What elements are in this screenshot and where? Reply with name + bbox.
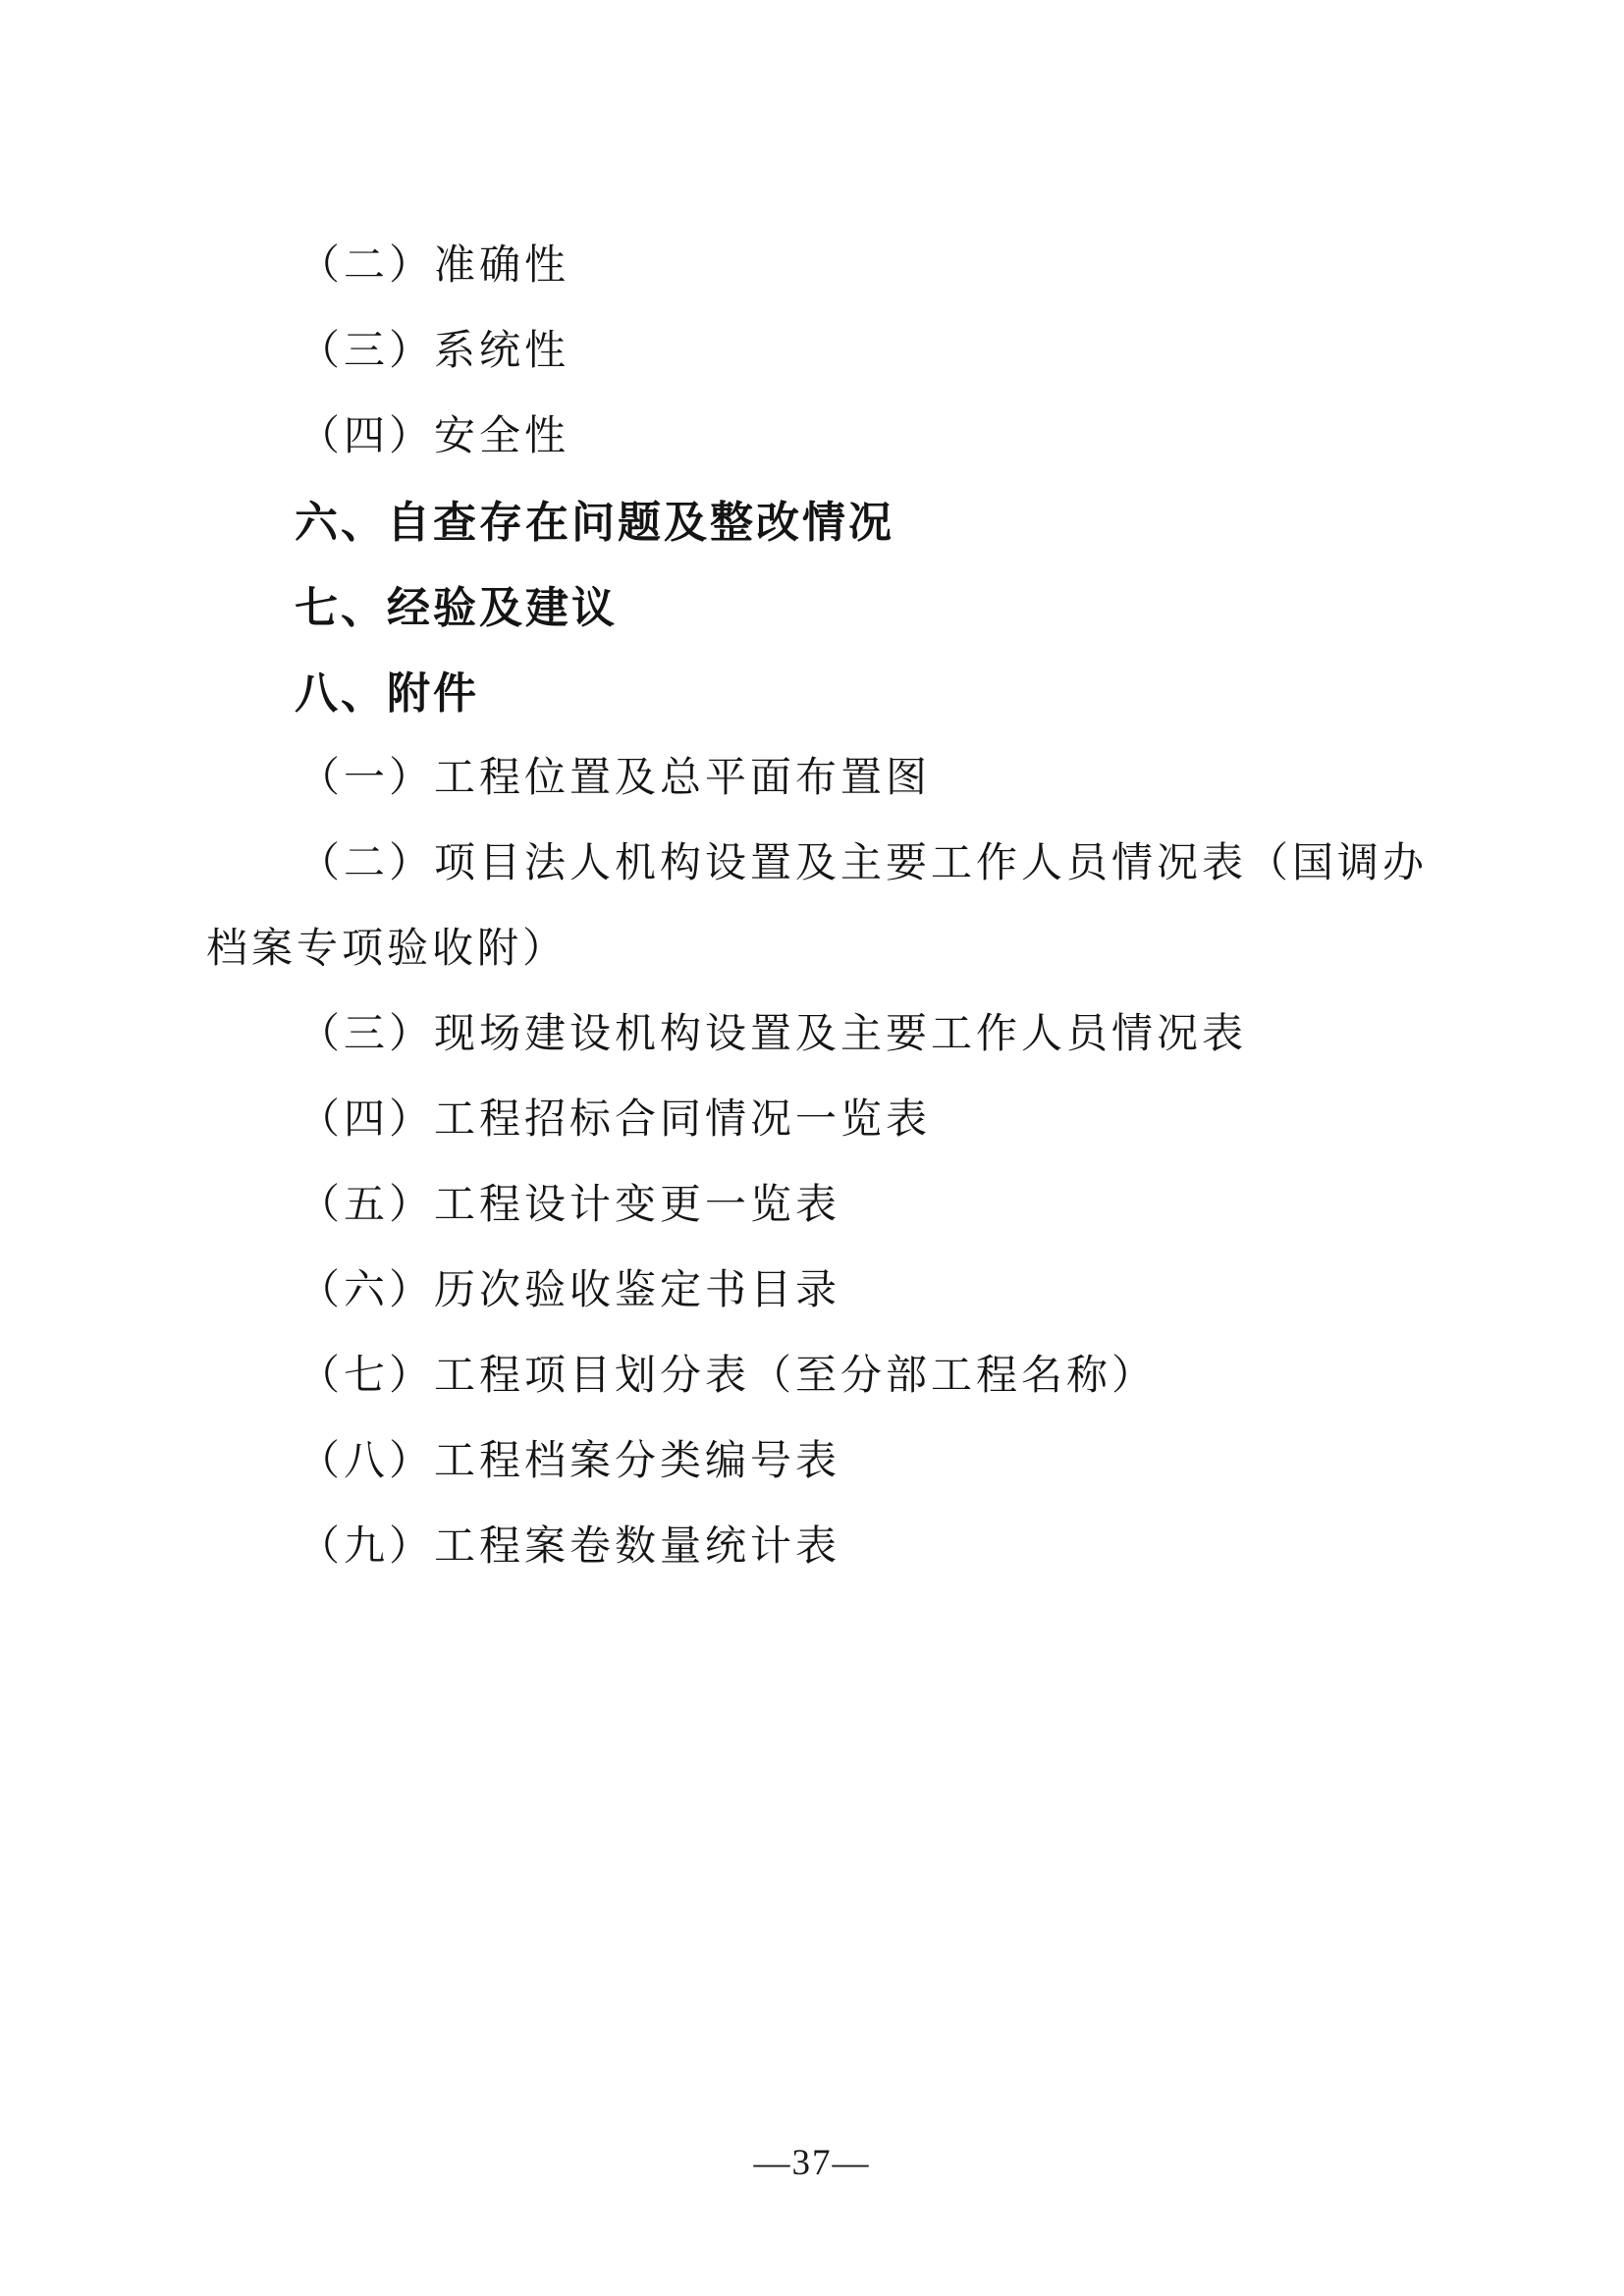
outline-heading-8-attachments: 八、附件 [206,651,1438,736]
attachment-item-8: （八）工程档案分类编号表 [206,1419,1438,1505]
document-page: （二）准确性 （三）系统性 （四）安全性 六、自查存在问题及整改情况 七、经验及… [0,0,1624,2296]
attachment-item-2: （二）项目法人机构设置及主要工作人员情况表（国调办档案专项验收附） [206,822,1438,992]
outline-item-safety: （四）安全性 [206,395,1438,480]
outline-item-systematicness: （三）系统性 [206,309,1438,395]
outline-item-accuracy: （二）准确性 [206,224,1438,309]
outline-heading-7-experience: 七、经验及建议 [206,565,1438,651]
attachment-item-7: （七）工程项目划分表（至分部工程名称） [206,1334,1438,1419]
attachment-item-3: （三）现场建设机构设置及主要工作人员情况表 [206,992,1438,1078]
attachment-item-1: （一）工程位置及总平面布置图 [206,736,1438,822]
outline-heading-6-self-check: 六、自查存在问题及整改情况 [206,480,1438,565]
footer-page-number: —37— [0,2142,1624,2184]
outline-content: （二）准确性 （三）系统性 （四）安全性 六、自查存在问题及整改情况 七、经验及… [206,224,1438,1590]
attachment-item-5: （五）工程设计变更一览表 [206,1163,1438,1249]
attachment-item-4: （四）工程招标合同情况一览表 [206,1078,1438,1163]
attachment-item-6: （六）历次验收鉴定书目录 [206,1249,1438,1334]
attachment-item-9: （九）工程案卷数量统计表 [206,1505,1438,1590]
